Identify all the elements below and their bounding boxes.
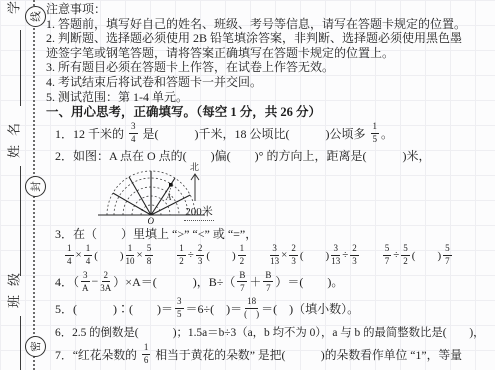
name-fill-line bbox=[20, 166, 21, 276]
question-7: 7．“红花朵数的 16 相当于黄花的朵数” 是把( )的朵数看作单位 “1”，等… bbox=[46, 342, 493, 366]
name-field-label-char-1: 名 bbox=[4, 122, 23, 138]
exam-paper-page: { "colors": { "text": "#1c1c1c", "grid":… bbox=[0, 0, 495, 370]
seal-stamp-xian: 线 bbox=[25, 6, 46, 27]
notice-line-4: 4. 考试结束后将试卷和答题卡一并交回。 bbox=[46, 75, 493, 90]
question-3: 3．在（ ）里填上 “>” “<” 或 “=”， bbox=[46, 225, 493, 242]
class-fill-line bbox=[20, 316, 21, 370]
question-1: 1．12 千米的 34 是( )千米，18 公顷比( )公顷多 15。 bbox=[46, 121, 493, 145]
notice-title: 注意事项： bbox=[46, 2, 493, 17]
school-field-label: 学 bbox=[4, 0, 23, 16]
class-field-label-char-1: 级 bbox=[4, 272, 23, 288]
notice-line-2: 2. 判断题、选择题必须使用 2B 铅笔填涂答案，非判断、选择题必须使用黑色墨 bbox=[46, 31, 493, 46]
notice-line-3: 3. 所有题目必须在答题卡上作答，在试卷上作答无效。 bbox=[46, 60, 493, 75]
question-4: 4．（3A−23A）×A＝( )，B÷（B7＋B7）＝( )。 bbox=[46, 268, 493, 295]
scale-bar bbox=[184, 220, 214, 221]
question-2: 2．如图：A 点在 O 点的( )偏( )° 的方向上，距离是( )米， bbox=[46, 145, 493, 165]
origin-label: O bbox=[148, 216, 155, 225]
section-heading: 一、用心思考，正确填写。（每空 1 分，共 26 分） bbox=[46, 104, 493, 121]
question-5: 5．( )∶( )＝35＝6÷( )＝18( )＝( )（填小数）。 bbox=[46, 295, 493, 321]
name-field-label-char-2: 姓 bbox=[4, 144, 23, 160]
scale-label: 200米 bbox=[185, 206, 213, 218]
school-fill-line bbox=[20, 30, 21, 106]
notice-line-2b: 迹签字笔或钢笔答题，请将答案正确填写在答题卡规定的位置上。 bbox=[46, 46, 493, 61]
north-indicator-icon: 北 bbox=[186, 161, 204, 203]
notice-line-1: 1. 答题前，填写好自己的姓名、班级、考号等信息，请写在答题卡规定的位置。 bbox=[46, 17, 493, 32]
notice-line-5: 5. 测试范围：第 1-4 单元。 bbox=[46, 90, 493, 105]
class-field-label-char-2: 班 bbox=[4, 294, 23, 310]
seal-stamp-mi: 密 bbox=[25, 336, 46, 357]
paper-body: 注意事项： 1. 答题前，填写好自己的姓名、班级、考号等信息，请写在答题卡规定的… bbox=[46, 2, 493, 366]
question-2-figure: A O 北 200米 bbox=[46, 165, 493, 225]
point-a-label: A bbox=[165, 192, 172, 202]
question-3-comparisons: 14×14( )110×5812÷23( )12313×23( )313÷235… bbox=[46, 242, 493, 268]
point-a-marker bbox=[169, 183, 173, 187]
scale-indicator: 200米 bbox=[184, 203, 214, 221]
seal-stamp-feng: 封 bbox=[25, 176, 46, 197]
question-6: 6．2.5 的倒数是( )；1.5a＝b÷3（a，b 均不为 0），a 与 b … bbox=[46, 321, 493, 342]
svg-text:北: 北 bbox=[190, 161, 199, 172]
